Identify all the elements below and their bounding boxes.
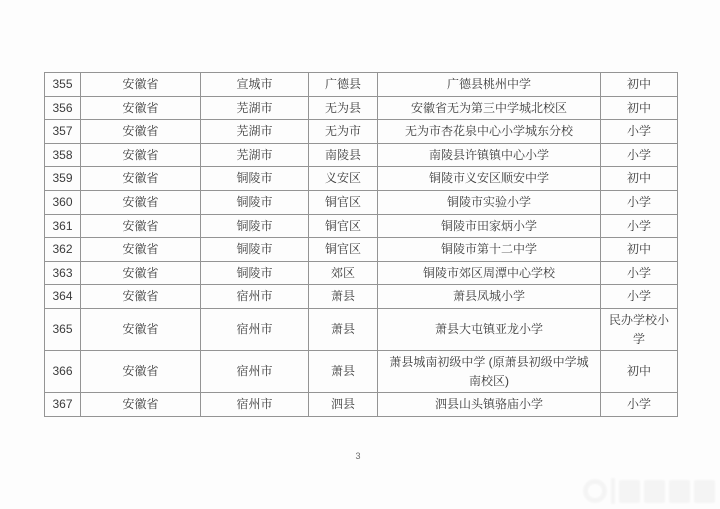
cell-school: 安徽省无为第三中学城北校区 — [378, 96, 601, 120]
cell-type: 小学 — [601, 190, 678, 214]
watermark-glyph — [644, 480, 665, 503]
table-row: 367 安徽省 宿州市 泗县 泗县山头镇骆庙小学 小学 — [45, 393, 678, 417]
cell-province: 安徽省 — [81, 190, 201, 214]
cell-city: 芜湖市 — [201, 120, 309, 144]
cell-province: 安徽省 — [81, 167, 201, 191]
cell-index: 358 — [45, 143, 81, 167]
table-row: 366 安徽省 宿州市 萧县 萧县城南初级中学 (原萧县初级中学城南校区) 初中 — [45, 351, 678, 393]
cell-school: 铜陵市第十二中学 — [378, 238, 601, 262]
cell-province: 安徽省 — [81, 214, 201, 238]
cell-type: 初中 — [601, 351, 678, 393]
cell-index: 359 — [45, 167, 81, 191]
table-row: 360 安徽省 铜陵市 铜官区 铜陵市实验小学 小学 — [45, 190, 678, 214]
cell-index: 367 — [45, 393, 81, 417]
watermark — [583, 478, 715, 504]
table-row: 364 安徽省 宿州市 萧县 萧县凤城小学 小学 — [45, 285, 678, 309]
cell-school: 铜陵市郊区周潭中心学校 — [378, 261, 601, 285]
watermark-logo-icon — [583, 479, 607, 503]
cell-county: 义安区 — [309, 167, 378, 191]
table-row: 363 安徽省 铜陵市 郊区 铜陵市郊区周潭中心学校 小学 — [45, 261, 678, 285]
cell-school: 萧县大屯镇亚龙小学 — [378, 308, 601, 350]
cell-county: 萧县 — [309, 351, 378, 393]
cell-type: 小学 — [601, 143, 678, 167]
cell-index: 362 — [45, 238, 81, 262]
cell-city: 铜陵市 — [201, 238, 309, 262]
cell-school: 萧县凤城小学 — [378, 285, 601, 309]
cell-index: 361 — [45, 214, 81, 238]
cell-type: 初中 — [601, 73, 678, 97]
cell-county: 郊区 — [309, 261, 378, 285]
cell-school: 南陵县许镇镇中心小学 — [378, 143, 601, 167]
page-number: 3 — [0, 451, 716, 461]
cell-county: 南陵县 — [309, 143, 378, 167]
table-row: 355 安徽省 宣城市 广德县 广德县桃州中学 初中 — [45, 73, 678, 97]
table-row: 359 安徽省 铜陵市 义安区 铜陵市义安区顺安中学 初中 — [45, 167, 678, 191]
cell-city: 芜湖市 — [201, 143, 309, 167]
cell-county: 无为县 — [309, 96, 378, 120]
cell-index: 355 — [45, 73, 81, 97]
watermark-glyph — [694, 480, 715, 503]
cell-city: 铜陵市 — [201, 167, 309, 191]
table-row: 358 安徽省 芜湖市 南陵县 南陵县许镇镇中心小学 小学 — [45, 143, 678, 167]
cell-county: 无为市 — [309, 120, 378, 144]
cell-county: 铜官区 — [309, 190, 378, 214]
cell-index: 356 — [45, 96, 81, 120]
cell-county: 铜官区 — [309, 214, 378, 238]
cell-school: 铜陵市义安区顺安中学 — [378, 167, 601, 191]
table-row: 356 安徽省 芜湖市 无为县 安徽省无为第三中学城北校区 初中 — [45, 96, 678, 120]
cell-province: 安徽省 — [81, 261, 201, 285]
cell-type: 小学 — [601, 120, 678, 144]
cell-city: 铜陵市 — [201, 190, 309, 214]
watermark-glyph — [619, 480, 640, 503]
watermark-glyph — [669, 480, 690, 503]
cell-province: 安徽省 — [81, 351, 201, 393]
cell-type: 初中 — [601, 167, 678, 191]
document-page: 355 安徽省 宣城市 广德县 广德县桃州中学 初中 356 安徽省 芜湖市 无… — [0, 0, 720, 509]
cell-county: 萧县 — [309, 308, 378, 350]
cell-province: 安徽省 — [81, 393, 201, 417]
table-row: 365 安徽省 宿州市 萧县 萧县大屯镇亚龙小学 民办学校小学 — [45, 308, 678, 350]
cell-type: 小学 — [601, 261, 678, 285]
cell-province: 安徽省 — [81, 96, 201, 120]
cell-type: 初中 — [601, 96, 678, 120]
cell-county: 铜官区 — [309, 238, 378, 262]
cell-city: 宿州市 — [201, 308, 309, 350]
cell-type: 小学 — [601, 214, 678, 238]
cell-province: 安徽省 — [81, 238, 201, 262]
cell-school: 无为市杏花泉中心小学城东分校 — [378, 120, 601, 144]
cell-county: 广德县 — [309, 73, 378, 97]
school-list-table: 355 安徽省 宣城市 广德县 广德县桃州中学 初中 356 安徽省 芜湖市 无… — [44, 72, 678, 417]
table-row: 361 安徽省 铜陵市 铜官区 铜陵市田家炳小学 小学 — [45, 214, 678, 238]
cell-index: 364 — [45, 285, 81, 309]
cell-index: 357 — [45, 120, 81, 144]
cell-province: 安徽省 — [81, 143, 201, 167]
cell-school: 萧县城南初级中学 (原萧县初级中学城南校区) — [378, 351, 601, 393]
cell-school: 铜陵市田家炳小学 — [378, 214, 601, 238]
cell-school: 铜陵市实验小学 — [378, 190, 601, 214]
cell-school: 广德县桃州中学 — [378, 73, 601, 97]
cell-type: 小学 — [601, 285, 678, 309]
cell-city: 宣城市 — [201, 73, 309, 97]
watermark-divider — [611, 478, 615, 504]
cell-school: 泗县山头镇骆庙小学 — [378, 393, 601, 417]
cell-index: 360 — [45, 190, 81, 214]
cell-city: 铜陵市 — [201, 261, 309, 285]
cell-type: 初中 — [601, 238, 678, 262]
cell-index: 366 — [45, 351, 81, 393]
cell-county: 泗县 — [309, 393, 378, 417]
table-row: 357 安徽省 芜湖市 无为市 无为市杏花泉中心小学城东分校 小学 — [45, 120, 678, 144]
cell-province: 安徽省 — [81, 120, 201, 144]
table-row: 362 安徽省 铜陵市 铜官区 铜陵市第十二中学 初中 — [45, 238, 678, 262]
cell-index: 365 — [45, 308, 81, 350]
cell-index: 363 — [45, 261, 81, 285]
cell-county: 萧县 — [309, 285, 378, 309]
cell-type: 小学 — [601, 393, 678, 417]
cell-province: 安徽省 — [81, 285, 201, 309]
cell-city: 宿州市 — [201, 285, 309, 309]
cell-city: 芜湖市 — [201, 96, 309, 120]
cell-type: 民办学校小学 — [601, 308, 678, 350]
cell-province: 安徽省 — [81, 308, 201, 350]
cell-city: 宿州市 — [201, 351, 309, 393]
school-table-body: 355 安徽省 宣城市 广德县 广德县桃州中学 初中 356 安徽省 芜湖市 无… — [45, 73, 678, 417]
cell-city: 铜陵市 — [201, 214, 309, 238]
cell-city: 宿州市 — [201, 393, 309, 417]
cell-province: 安徽省 — [81, 73, 201, 97]
